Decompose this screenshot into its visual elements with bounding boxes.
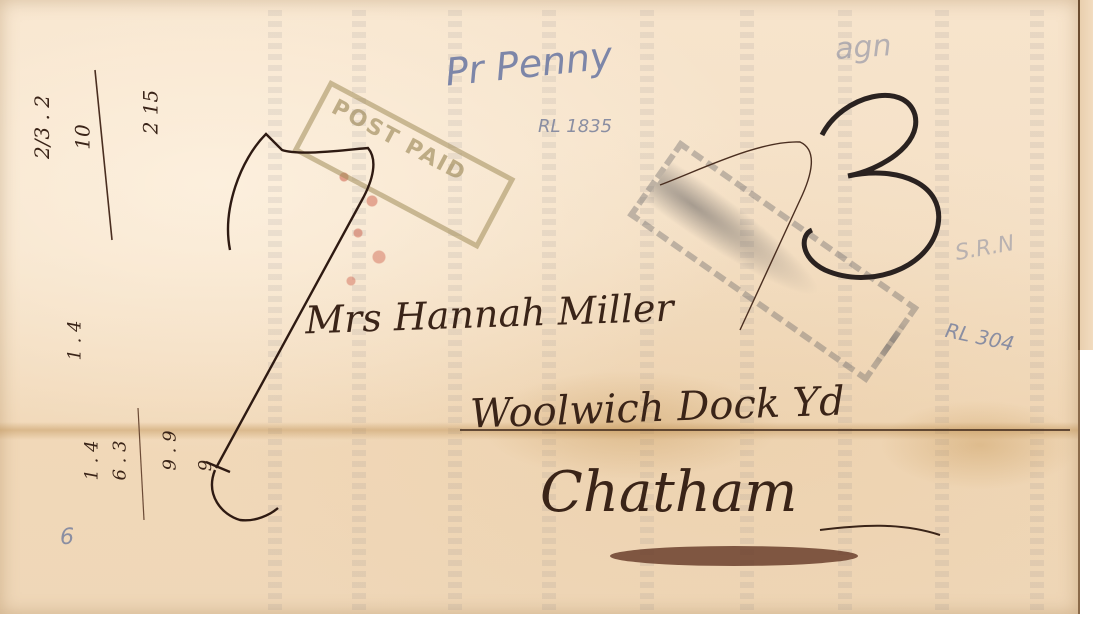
address-town: Chatham (540, 460, 797, 525)
margin-calc-top-2: 10 (71, 124, 95, 149)
margin-calc-bottom-3: 9 . 9 (160, 430, 181, 470)
margin-calc-middle: 1 . 4 (65, 320, 86, 360)
print-through-column (268, 10, 282, 613)
side-flap (1078, 0, 1093, 350)
margin-calc-bottom-4: 9 (195, 460, 216, 471)
print-through-column (935, 10, 949, 613)
print-through-column (1030, 10, 1044, 613)
margin-calc-bottom-1: 1 . 4 (82, 440, 103, 480)
water-stain (880, 400, 1080, 490)
margin-calc-top-1: 2/3 . 2 (30, 95, 54, 159)
pencil-reference-1: RL 1835 (538, 116, 612, 137)
pencil-note-bottom-left: 6 (60, 525, 74, 550)
ink-underline-blot (610, 546, 858, 566)
margin-calc-bottom-2: 6 . 3 (110, 440, 131, 480)
pencil-note-top-right: agn (834, 28, 893, 67)
margin-calc-top-3: 2 15 (138, 90, 162, 135)
